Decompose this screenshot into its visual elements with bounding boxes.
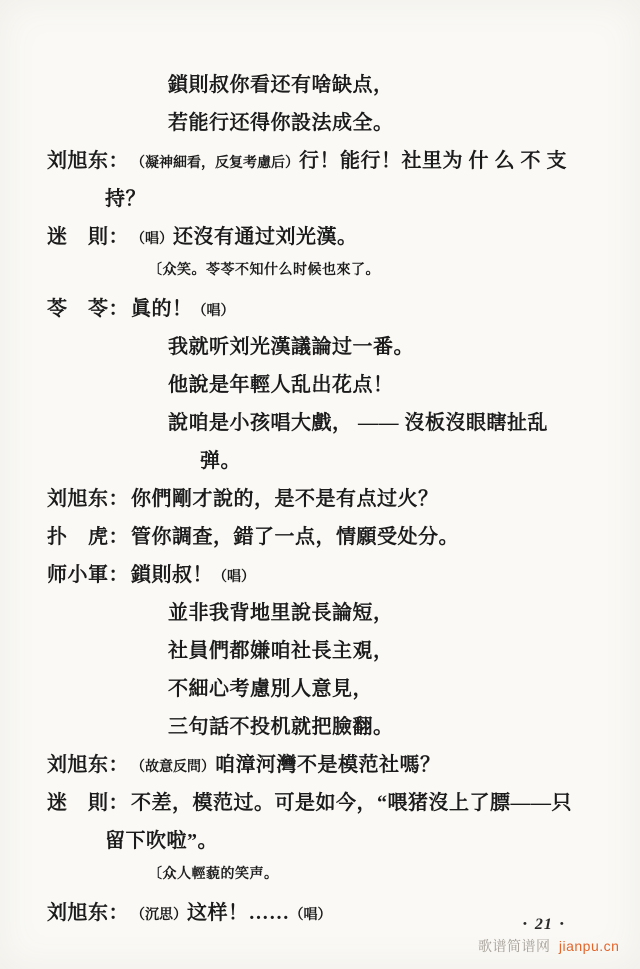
speaker-name: 迷 則： — [47, 784, 129, 822]
dialogue-text: 还沒有通过刘光漢。 — [173, 226, 358, 248]
dialogue-text: 我就听刘光漢議論过一番。 — [168, 336, 414, 358]
stage-note: （唱） — [290, 908, 332, 923]
dialogue-text: 〔众笑。苓苓不知什么时候也來了。 — [148, 263, 380, 278]
continuation-line: 持？ — [47, 180, 612, 218]
verse-line: 並非我背地里說長論短， — [47, 594, 612, 632]
speaker-name: 迷 則： — [47, 218, 129, 256]
dialogue-text: 这样！…… — [187, 902, 290, 924]
speaker-name: 刘旭东： — [47, 746, 129, 784]
dialogue-text: 不差，模范过。可是如今，“喂猪沒上了膘——只 — [131, 792, 572, 814]
dialogue-line: 刘旭东：（故意反問）咱漳河灣不是模范社嗎？ — [47, 746, 612, 784]
stage-note: （凝神細看，反复考慮后） — [131, 156, 299, 171]
watermark-site-url: jianpu.cn — [559, 938, 620, 954]
watermark: 歌谱简谱网 jianpu.cn — [478, 936, 619, 956]
stage-note: （唱） — [193, 304, 235, 319]
page-number-decor-right: • — [560, 918, 565, 930]
dialogue-text: 〔众人輕藐的笑声。 — [148, 867, 279, 882]
dialogue-line: 刘旭东：（凝神細看，反复考慮后）行！能行！社里为 什 么 不 支 — [47, 142, 612, 180]
stage-note: （唱） — [213, 570, 255, 585]
speaker-name: 扑 虎： — [47, 518, 129, 556]
verse-line: 不細心考慮別人意見， — [47, 670, 612, 708]
stage-note: （沉思） — [131, 908, 187, 923]
verse-line: 三句話不投机就把臉翻。 — [47, 708, 612, 746]
verse-line: 社員們都嫌咱社長主覌， — [47, 632, 612, 670]
speaker-name: 师小軍： — [47, 556, 129, 594]
dialogue-text: 說咱是小孩唱大戲， —— 沒板沒眼瞎扯乱 — [168, 412, 548, 434]
speaker-name: 刘旭东： — [47, 894, 129, 932]
speaker-name: 苓 苓： — [47, 290, 129, 328]
dialogue-text: 你們剛才說的，是不是有点过火？ — [131, 488, 439, 510]
dialogue-text: 留下吹啦”。 — [105, 830, 218, 852]
scanned-script-page: 鎖則叔你看还有啥缺点，若能行还得你設法成全。刘旭东：（凝神細看，反复考慮后）行！… — [0, 0, 640, 969]
dialogue-line: 刘旭东：你們剛才說的，是不是有点过火？ — [47, 480, 612, 518]
dialogue-text: 不細心考慮別人意見， — [168, 678, 373, 700]
verse-line: 他說是年輕人乱出花点！ — [47, 366, 612, 404]
stage-direction-line: 〔众人輕藐的笑声。 — [47, 860, 612, 894]
dialogue-text: 眞的！ — [131, 298, 193, 320]
dialogue-text: 弹。 — [200, 450, 241, 472]
dialogue-text: 若能行还得你設法成全。 — [168, 112, 394, 134]
dialogue-text: 持？ — [105, 188, 146, 210]
verse-line: 鎖則叔你看还有啥缺点， — [47, 66, 612, 104]
dialogue-text: 三句話不投机就把臉翻。 — [168, 716, 394, 738]
watermark-site-name: 歌谱简谱网 — [478, 938, 551, 954]
verse-line: 說咱是小孩唱大戲， —— 沒板沒眼瞎扯乱 — [47, 404, 612, 442]
verse-line: 若能行还得你設法成全。 — [47, 104, 612, 142]
stage-note: （唱） — [131, 232, 173, 247]
dialogue-line: 迷 則：（唱）还沒有通过刘光漢。 — [47, 218, 612, 256]
dialogue-text: 社員們都嫌咱社長主覌， — [168, 640, 394, 662]
dialogue-text: 管你調查，錯了一点，情願受处分。 — [131, 526, 459, 548]
page-number-value: 21 — [535, 916, 553, 933]
verse-line: 我就听刘光漢議論过一番。 — [47, 328, 612, 366]
speaker-name: 刘旭东： — [47, 142, 129, 180]
page-number: •21• — [516, 916, 572, 934]
continuation-line: 留下吹啦”。 — [47, 822, 612, 860]
dialogue-text: 行！能行！社里为 什 么 不 支 — [299, 150, 567, 172]
stage-direction-line: 〔众笑。苓苓不知什么时候也來了。 — [47, 256, 612, 290]
dialogue-line: 扑 虎：管你調查，錯了一点，情願受处分。 — [47, 518, 612, 556]
dialogue-text: 他說是年輕人乱出花点！ — [168, 374, 394, 396]
page-number-decor-left: • — [523, 918, 528, 930]
dialogue-text: 鎖則叔你看还有啥缺点， — [168, 74, 394, 96]
dialogue-text: 鎖則叔！ — [131, 564, 213, 586]
dialogue-text: 並非我背地里說長論短， — [168, 602, 394, 624]
dialogue-line: 师小軍：鎖則叔！（唱） — [47, 556, 612, 594]
stage-note: （故意反問） — [131, 760, 215, 775]
continuation-line: 弹。 — [47, 442, 612, 480]
dialogue-line: 迷 則：不差，模范过。可是如今，“喂猪沒上了膘——只 — [47, 784, 612, 822]
speaker-name: 刘旭东： — [47, 480, 129, 518]
dialogue-line: 苓 苓：眞的！（唱） — [47, 290, 612, 328]
dialogue-text: 咱漳河灣不是模范社嗎？ — [215, 754, 441, 776]
script-lines: 鎖則叔你看还有啥缺点，若能行还得你設法成全。刘旭东：（凝神細看，反复考慮后）行！… — [0, 0, 640, 932]
